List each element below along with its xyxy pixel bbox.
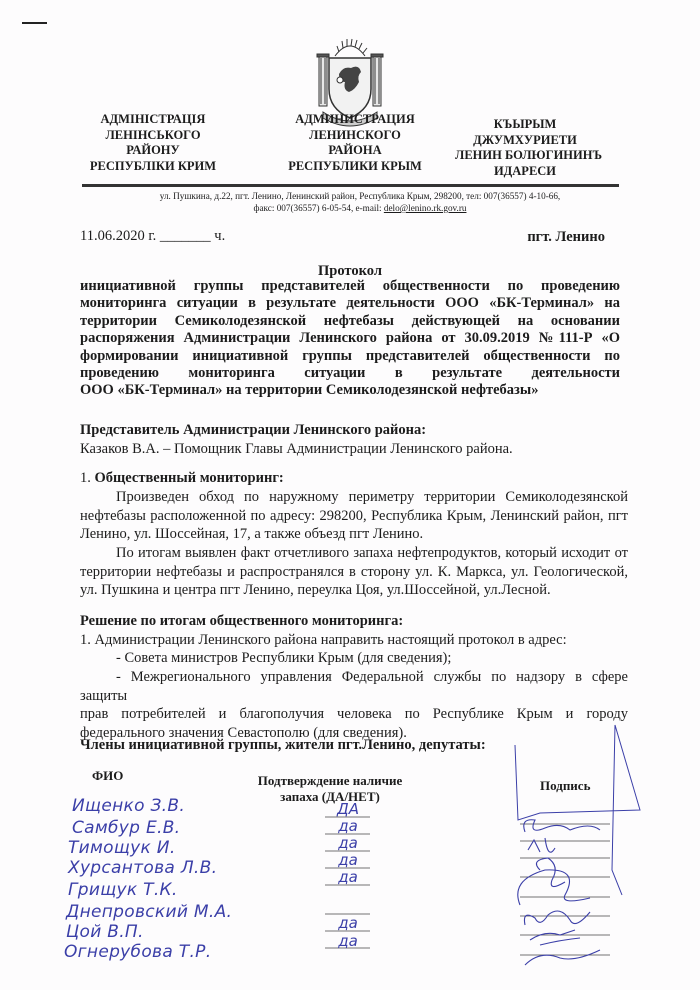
member-name: Ищенко З.В. <box>72 796 185 816</box>
member-answer: да <box>318 851 378 869</box>
member-name: Хурсантова Л.В. <box>68 858 217 878</box>
member-answer: да <box>318 868 378 886</box>
member-answer: да <box>318 932 378 950</box>
member-name: Самбур Е.В. <box>72 818 180 838</box>
member-answer: да <box>318 834 378 852</box>
member-answer: да <box>318 817 378 835</box>
member-answer: ДА <box>318 800 378 818</box>
member-name: Тимощук И. <box>68 838 176 858</box>
member-name: Грищук Т.К. <box>68 880 178 900</box>
member-name: Огнерубова Т.Р. <box>64 942 211 962</box>
member-answer: да <box>318 914 378 932</box>
member-name: Цой В.П. <box>66 922 144 942</box>
member-name: Днепровский М.А. <box>66 902 232 922</box>
